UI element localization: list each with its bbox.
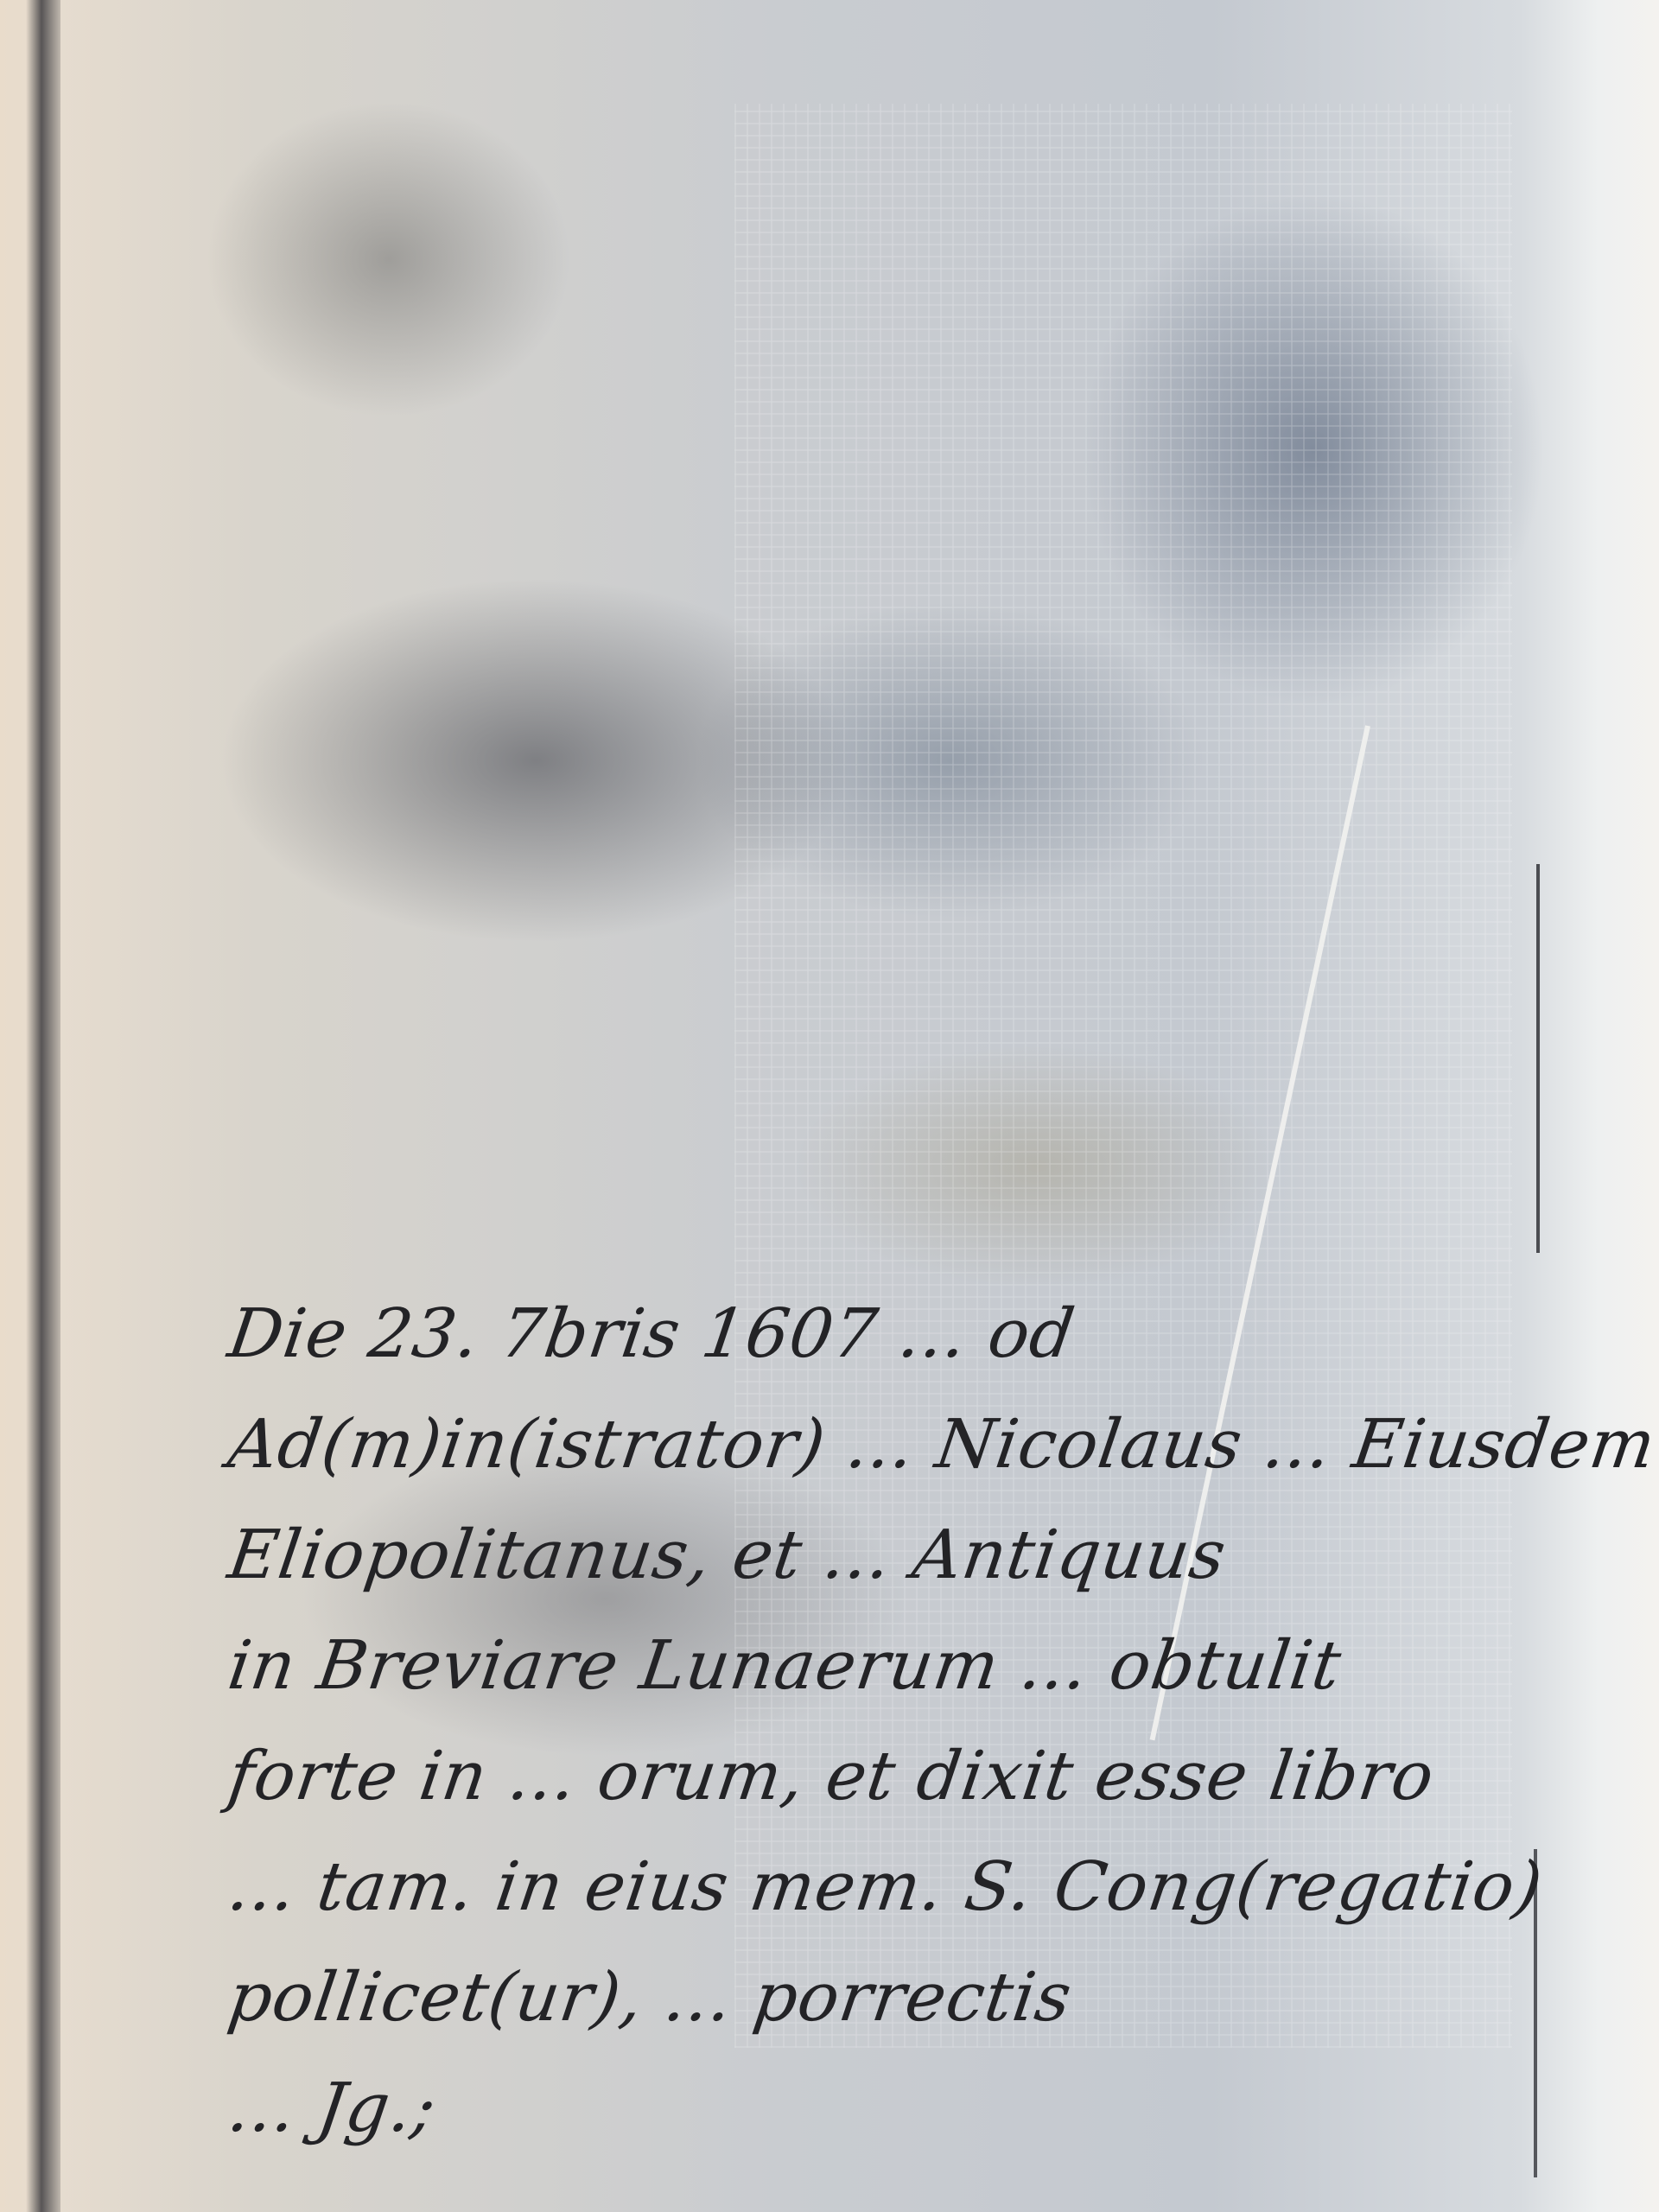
manuscript-page: Die 23. 7bris 1607 ... od Ad(m)in(istrat… bbox=[0, 0, 1659, 2212]
binding-edge bbox=[26, 0, 60, 2212]
margin-rule bbox=[1536, 864, 1540, 1253]
entry-line-1: Die 23. 7bris 1607 ... od bbox=[221, 1279, 1550, 1389]
entry-line-3: Eliopolitanus, et ... Antiquus bbox=[221, 1500, 1550, 1611]
entry-line-8: ... Jg.; bbox=[221, 2053, 1550, 2164]
entry-line-5: forte in ... orum, et dixit esse libro bbox=[221, 1721, 1550, 1832]
entry-line-4: in Breviare Lunaerum ... obtulit bbox=[221, 1611, 1550, 1721]
entry-line-2: Ad(m)in(istrator) ... Nicolaus ... Eiusd… bbox=[221, 1389, 1550, 1500]
handwritten-entry: Die 23. 7bris 1607 ... od Ad(m)in(istrat… bbox=[229, 1279, 1542, 2164]
entry-line-6: ... tam. in eius mem. S. Cong(regatio) bbox=[221, 1832, 1550, 1942]
entry-line-7: pollicet(ur), ... porrectis bbox=[221, 1942, 1550, 2053]
